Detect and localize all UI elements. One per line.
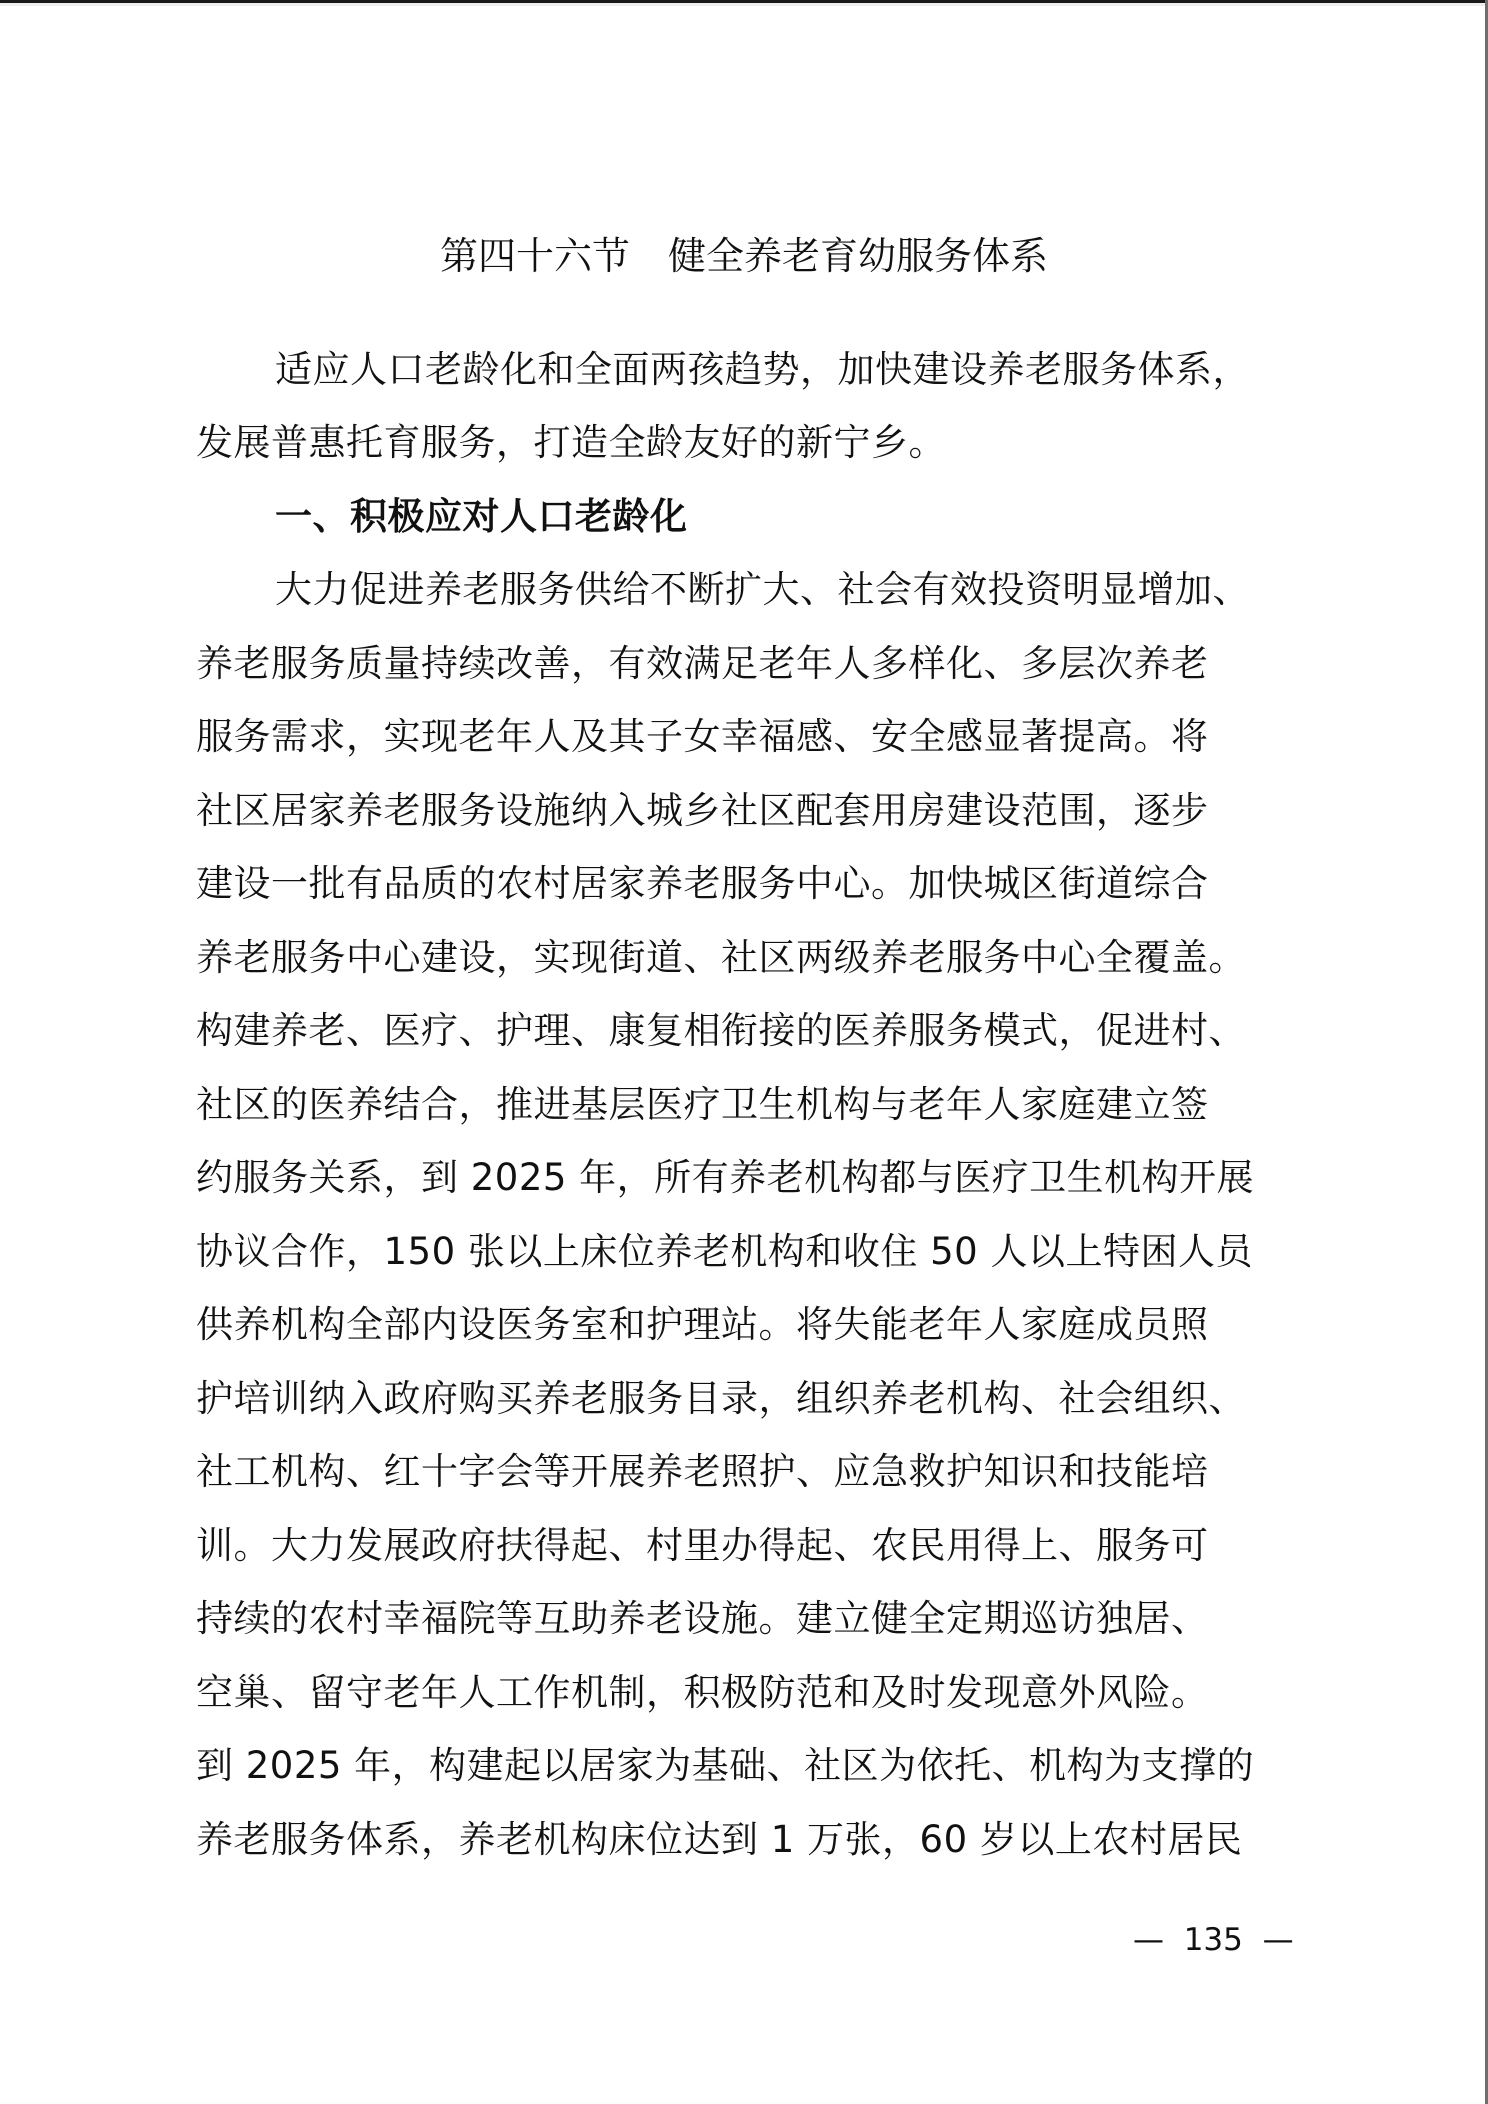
intro-line: 发展普惠托育服务，打造全龄友好的新宁乡。: [196, 418, 946, 468]
subheading: 一、积极应对人口老龄化: [275, 492, 688, 542]
body-line: 社区的医养结合，推进基层医疗卫生机构与老年人家庭建立签: [196, 1080, 1209, 1130]
page-number: — 135 —: [1133, 1918, 1294, 1962]
body-line: 持续的农村幸福院等互助养老设施。建立健全定期巡访独居、: [196, 1594, 1209, 1644]
top-border-shadow: [0, 3, 1488, 6]
body-line: 养老服务体系，养老机构床位达到 1 万张，60 岁以上农村居民: [196, 1815, 1242, 1865]
body-line: 建设一批有品质的农村居家养老服务中心。加快城区街道综合: [196, 859, 1209, 909]
body-line: 护培训纳入政府购买养老服务目录，组织养老机构、社会组织、: [196, 1374, 1246, 1424]
body-line: 大力促进养老服务供给不断扩大、社会有效投资明显增加、: [275, 565, 1250, 615]
body-line: 社工机构、红十字会等开展养老照护、应急救护知识和技能培: [196, 1447, 1209, 1497]
body-line: 社区居家养老服务设施纳入城乡社区配套用房建设范围，逐步: [196, 786, 1209, 836]
intro-line: 适应人口老龄化和全面两孩趋势，加快建设养老服务体系，: [275, 345, 1250, 395]
body-line: 空巢、留守老年人工作机制，积极防范和及时发现意外风险。: [196, 1668, 1209, 1718]
body-line: 训。大力发展政府扶得起、村里办得起、农民用得上、服务可: [196, 1521, 1209, 1571]
body-line: 供养机构全部内设医务室和护理站。将失能老年人家庭成员照: [196, 1300, 1209, 1350]
body-line: 构建养老、医疗、护理、康复相衔接的医养服务模式，促进村、: [196, 1006, 1246, 1056]
body-line: 协议合作，150 张以上床位养老机构和收住 50 人以上特困人员: [196, 1227, 1253, 1277]
body-line: 到 2025 年，构建起以居家为基础、社区为依托、机构为支撑的: [196, 1741, 1254, 1791]
section-title: 第四十六节 健全养老育幼服务体系: [0, 228, 1488, 284]
body-line: 约服务关系，到 2025 年，所有养老机构都与医疗卫生机构开展: [196, 1153, 1254, 1203]
body-line: 服务需求，实现老年人及其子女幸福感、安全感显著提高。将: [196, 712, 1209, 762]
body-line: 养老服务质量持续改善，有效满足老年人多样化、多层次养老: [196, 639, 1209, 689]
body-line: 养老服务中心建设，实现街道、社区两级养老服务中心全覆盖。: [196, 933, 1246, 983]
